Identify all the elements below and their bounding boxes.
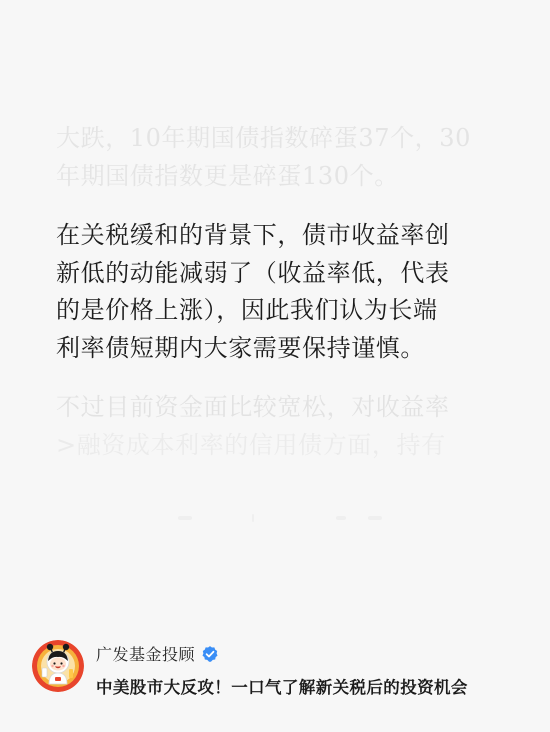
article-text: 大跌，10年期国债指数碎蛋37个，30 年期国债指数更是碎蛋130个。 在关税缓…: [56, 120, 498, 464]
video-info-footer[interactable]: 广发基金投顾 中美股市大反攻！一口气了解新关税后的投资机会: [32, 640, 532, 696]
author-name[interactable]: 广发基金投顾: [96, 642, 195, 665]
text-line: 在关税缓和的背景下，债市收益率创: [56, 217, 498, 255]
avatar[interactable]: [32, 640, 84, 692]
author-row[interactable]: 广发基金投顾: [96, 642, 219, 665]
main-paragraph: 在关税缓和的背景下，债市收益率创 新低的动能减弱了（收益率低，代表 的是价格上涨…: [56, 217, 498, 367]
text-line: >融资成本利率的信用债方面，持有: [56, 427, 498, 465]
text-line: 不过目前资金面比较宽松，对收益率: [56, 389, 498, 427]
text-line: 利率债短期内大家需要保持谨慎。: [56, 330, 498, 368]
text-line: 年期国债指数更是碎蛋130个。: [56, 158, 498, 196]
cartoon-mascot-icon: [32, 640, 84, 692]
video-title[interactable]: 中美股市大反攻！一口气了解新关税后的投资机会: [96, 674, 468, 698]
faded-paragraph-top: 大跌，10年期国债指数碎蛋37个，30 年期国债指数更是碎蛋130个。: [56, 120, 498, 195]
text-line: 新低的动能减弱了（收益率低，代表: [56, 255, 498, 293]
faded-text-remnant: [100, 512, 400, 526]
text-line: 大跌，10年期国债指数碎蛋37个，30: [56, 120, 498, 158]
verified-badge-icon: [201, 645, 219, 663]
text-line: 的是价格上涨），因此我们认为长端: [56, 292, 498, 330]
faded-paragraph-bottom: 不过目前资金面比较宽松，对收益率 >融资成本利率的信用债方面，持有: [56, 389, 498, 464]
